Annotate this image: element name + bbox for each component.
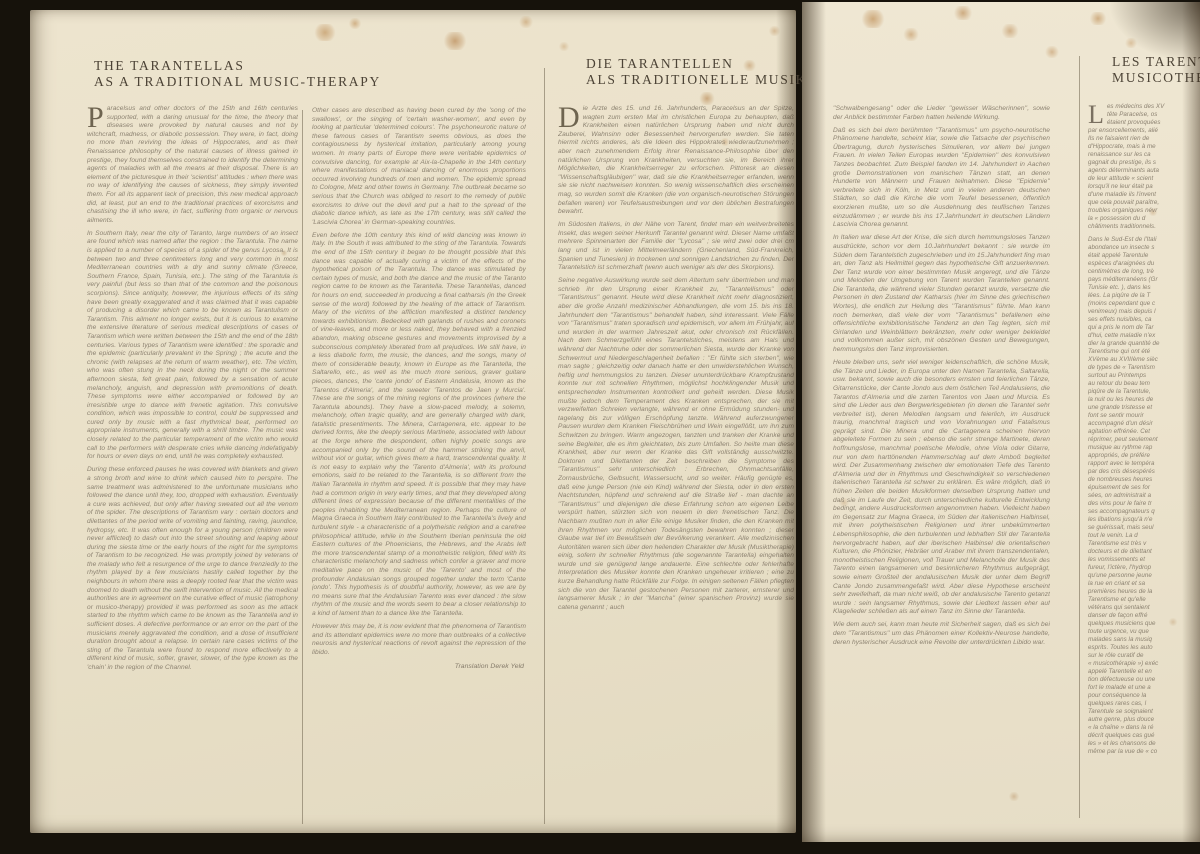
paragraph: Im Südosten Italiens, in der Nähe von Ta…: [558, 221, 794, 273]
text-line: des vins pour le faire tr: [1088, 500, 1200, 508]
text-line: (moins cependant que c: [1088, 300, 1200, 308]
text-line: les libations jusqu'à n'e: [1088, 516, 1200, 524]
french-text: es médecins des XVtête Paracelse, osétai…: [1088, 103, 1200, 756]
text-line: se guérissait, mais seul: [1088, 524, 1200, 532]
french-title: LES TARENTELL MUSICOTHERAP: [1112, 54, 1200, 85]
text-line: appropriés, de préfére: [1088, 452, 1200, 460]
text-line: même par la vue de « co: [1088, 748, 1200, 756]
text-line: premières heures de la: [1088, 588, 1200, 596]
text-line: es médecins des XV: [1107, 103, 1200, 111]
text-line: de leur attitude « scient: [1088, 175, 1200, 183]
text-line: Tarentisme qui ont été: [1088, 348, 1200, 356]
text-line: fureur, l'ictère, l'hydrop: [1088, 564, 1200, 572]
text-line: musique au rythme rap: [1088, 444, 1200, 452]
text-line: Ils ne faisaient rien de: [1088, 135, 1200, 143]
french-title-line2: MUSICOTHERAP: [1112, 70, 1200, 86]
text-line: qu'une personne jeune: [1088, 572, 1200, 580]
paragraph: Heute bleiben uns, sehr viel weniger lei…: [833, 359, 1050, 617]
french-title-line1: LES TARENTELL: [1112, 54, 1200, 70]
text-line: font se sentir mourir: [1088, 412, 1200, 420]
text-line: quelques musiciens que: [1088, 620, 1200, 628]
text-line: d'hui, cette maladie n'ex: [1088, 332, 1200, 340]
paragraph: Even before the 10th century this kind o…: [312, 232, 526, 619]
text-line: décrit quelques cas gué: [1088, 732, 1200, 740]
text-line: la rue en criant et sa: [1088, 580, 1200, 588]
paragraph: In Southern Italy, near the city of Tara…: [87, 230, 298, 462]
text-line: par ensorcellements, alié: [1088, 127, 1200, 135]
text-line: tion défectueuse ou une: [1088, 676, 1200, 684]
text-line: surtout au Printemps: [1088, 372, 1200, 380]
column-separator-2: [544, 68, 545, 824]
english-title-line1: THE TARANTELLAS: [94, 58, 381, 74]
text-line: centimètres de long, trè: [1088, 268, 1200, 276]
text-line: dier la grande quantité de: [1088, 340, 1200, 348]
text-line: « musicothérapie ») exéc: [1088, 660, 1200, 668]
right-page: ''Schwalbengesang'' oder die Lieder ''ge…: [802, 2, 1200, 842]
text-line: accompagné d'un désir: [1088, 420, 1200, 428]
text-line: la « possession du d: [1088, 215, 1200, 223]
left-page: THE TARANTELLAS AS A TRADITIONAL MUSIC-T…: [30, 10, 796, 833]
text-line: rapport avec le tempéra: [1088, 460, 1200, 468]
paragraph: Die Ärzte des 15. und 16. Jahrhunderts, …: [558, 105, 794, 217]
text-line: sur le rôle curatif de: [1088, 652, 1200, 660]
text-line: tête Paracelse, os: [1107, 111, 1200, 119]
text-line: espèces d'araignées du: [1088, 260, 1200, 268]
paragraph: Dans le Sud-Est de l'Italiabondance un i…: [1088, 236, 1200, 756]
text-line: piqûre de la Tarentule,: [1088, 388, 1200, 396]
paragraph: Paracelsus and other doctors of the 15th…: [87, 105, 298, 225]
paragraph: ''Schwalbengesang'' oder die Lieder ''ge…: [833, 105, 1050, 122]
text-line: troubles organiques névr: [1088, 207, 1200, 215]
text-line: quelques rares cas, l: [1088, 700, 1200, 708]
text-line: de types de « Tarentism: [1088, 364, 1200, 372]
text-line: réprimer, peut seulement: [1088, 436, 1200, 444]
french-column: L es médecins des XVtête Paracelse, osét…: [1088, 103, 1200, 771]
text-line: d'une maladie ils l'invent: [1088, 191, 1200, 199]
text-line: agents déterminants auta: [1088, 167, 1200, 175]
text-line: malades sans la musiq: [1088, 636, 1200, 644]
text-line: les » et les chansons de: [1088, 740, 1200, 748]
text-line: « la chaîne » dans la ré: [1088, 724, 1200, 732]
text-line: au retour du beau tem: [1088, 380, 1200, 388]
text-line: Dans le Sud-Est de l'Itali: [1088, 236, 1200, 244]
paragraph: Wie dem auch sei, kann man heute mit Sic…: [833, 621, 1050, 647]
paragraph: Seine negative Auswirkung wurde seit dem…: [558, 277, 794, 612]
text-line: appelé Tarentelle et en: [1088, 668, 1200, 676]
text-line: fort le malade et une a: [1088, 684, 1200, 692]
text-line: d'Hippocrate, mais à me: [1088, 143, 1200, 151]
paragraph: In Italien war diese Art der Krise, die …: [833, 234, 1050, 354]
text-line: lorsqu'il ne leur était pa: [1088, 183, 1200, 191]
text-line: venimeux) mais depuis l: [1088, 308, 1200, 316]
text-line: XVème au XVIIIème sièc: [1088, 356, 1200, 364]
text-line: ses accompagnateurs q: [1088, 508, 1200, 516]
text-line: qui a pris le nom de Tar: [1088, 324, 1200, 332]
text-line: autre genre, plus douce: [1088, 716, 1200, 724]
text-line: étaient provoquées: [1107, 119, 1200, 127]
french-dropcap: L: [1088, 103, 1107, 125]
text-line: esprits. Toutes les auto: [1088, 644, 1200, 652]
text-line: la nuit ou les heures de: [1088, 396, 1200, 404]
text-line: lées. La piqûre de la T: [1088, 292, 1200, 300]
english-column-2-text: Other cases are described as having been…: [312, 107, 526, 657]
paragraph: During these enforced pauses he was cove…: [87, 466, 298, 672]
text-line: de nombreuses heures: [1088, 476, 1200, 484]
column-separator-3: [1079, 56, 1080, 818]
text-line: que cela pouvait paraître,: [1088, 199, 1200, 207]
english-column-2: Other cases are described as having been…: [312, 107, 526, 823]
column-separator-1: [302, 110, 303, 824]
german-column-1: Die Ärzte des 15. und 16. Jahrhunderts, …: [558, 105, 794, 827]
paragraph: Other cases are described as having been…: [312, 107, 526, 227]
text-line: pour conséquence la: [1088, 692, 1200, 700]
text-line: châtiments traditionnels.: [1088, 223, 1200, 231]
text-line: gagnait du prestige, ils s: [1088, 159, 1200, 167]
text-line: Tarentule se soignaient: [1088, 708, 1200, 716]
text-line: toute urgence, vu que: [1088, 628, 1200, 636]
paragraph: Daß es sich bei dem berühmten ''Tarantis…: [833, 127, 1050, 230]
text-line: vétérans qui sentaient: [1088, 604, 1200, 612]
translation-credit: Translation Derek Yeld: [312, 663, 526, 672]
text-line: Tarentisme est très v: [1088, 540, 1200, 548]
page-corner-shadow: [1110, 2, 1200, 62]
text-line: pays méditerranéens (Gr: [1088, 276, 1200, 284]
text-line: sées, on administrait a: [1088, 492, 1200, 500]
text-line: abondance un insecte s: [1088, 244, 1200, 252]
text-line: ses effets nuisibles, ca: [1088, 316, 1200, 324]
text-line: les vomissements et: [1088, 556, 1200, 564]
english-column-1: Paracelsus and other doctors of the 15th…: [87, 105, 298, 837]
text-line: agitation effrénée. Cet: [1088, 428, 1200, 436]
text-line: danser de façon effré: [1088, 612, 1200, 620]
english-title-line2: AS A TRADITIONAL MUSIC-THERAPY: [94, 74, 381, 90]
text-line: par des cris désespérés: [1088, 468, 1200, 476]
text-line: Tunisie etc. ), dans les: [1088, 284, 1200, 292]
text-line: épuisement de ses for: [1088, 484, 1200, 492]
text-line: une grande tristesse et: [1088, 404, 1200, 412]
english-title: THE TARANTELLAS AS A TRADITIONAL MUSIC-T…: [94, 58, 381, 89]
text-line: docteurs et de dilettant: [1088, 548, 1200, 556]
text-line: renaissance sur les ca: [1088, 151, 1200, 159]
text-line: Tarentisme et qu'elle: [1088, 596, 1200, 604]
paragraph: However this may be, it is now evident t…: [312, 623, 526, 657]
german-column-2: ''Schwalbengesang'' oder die Lieder ''ge…: [833, 105, 1050, 813]
text-line: tout le venin. La d: [1088, 532, 1200, 540]
text-line: était appelé Tarentule: [1088, 252, 1200, 260]
